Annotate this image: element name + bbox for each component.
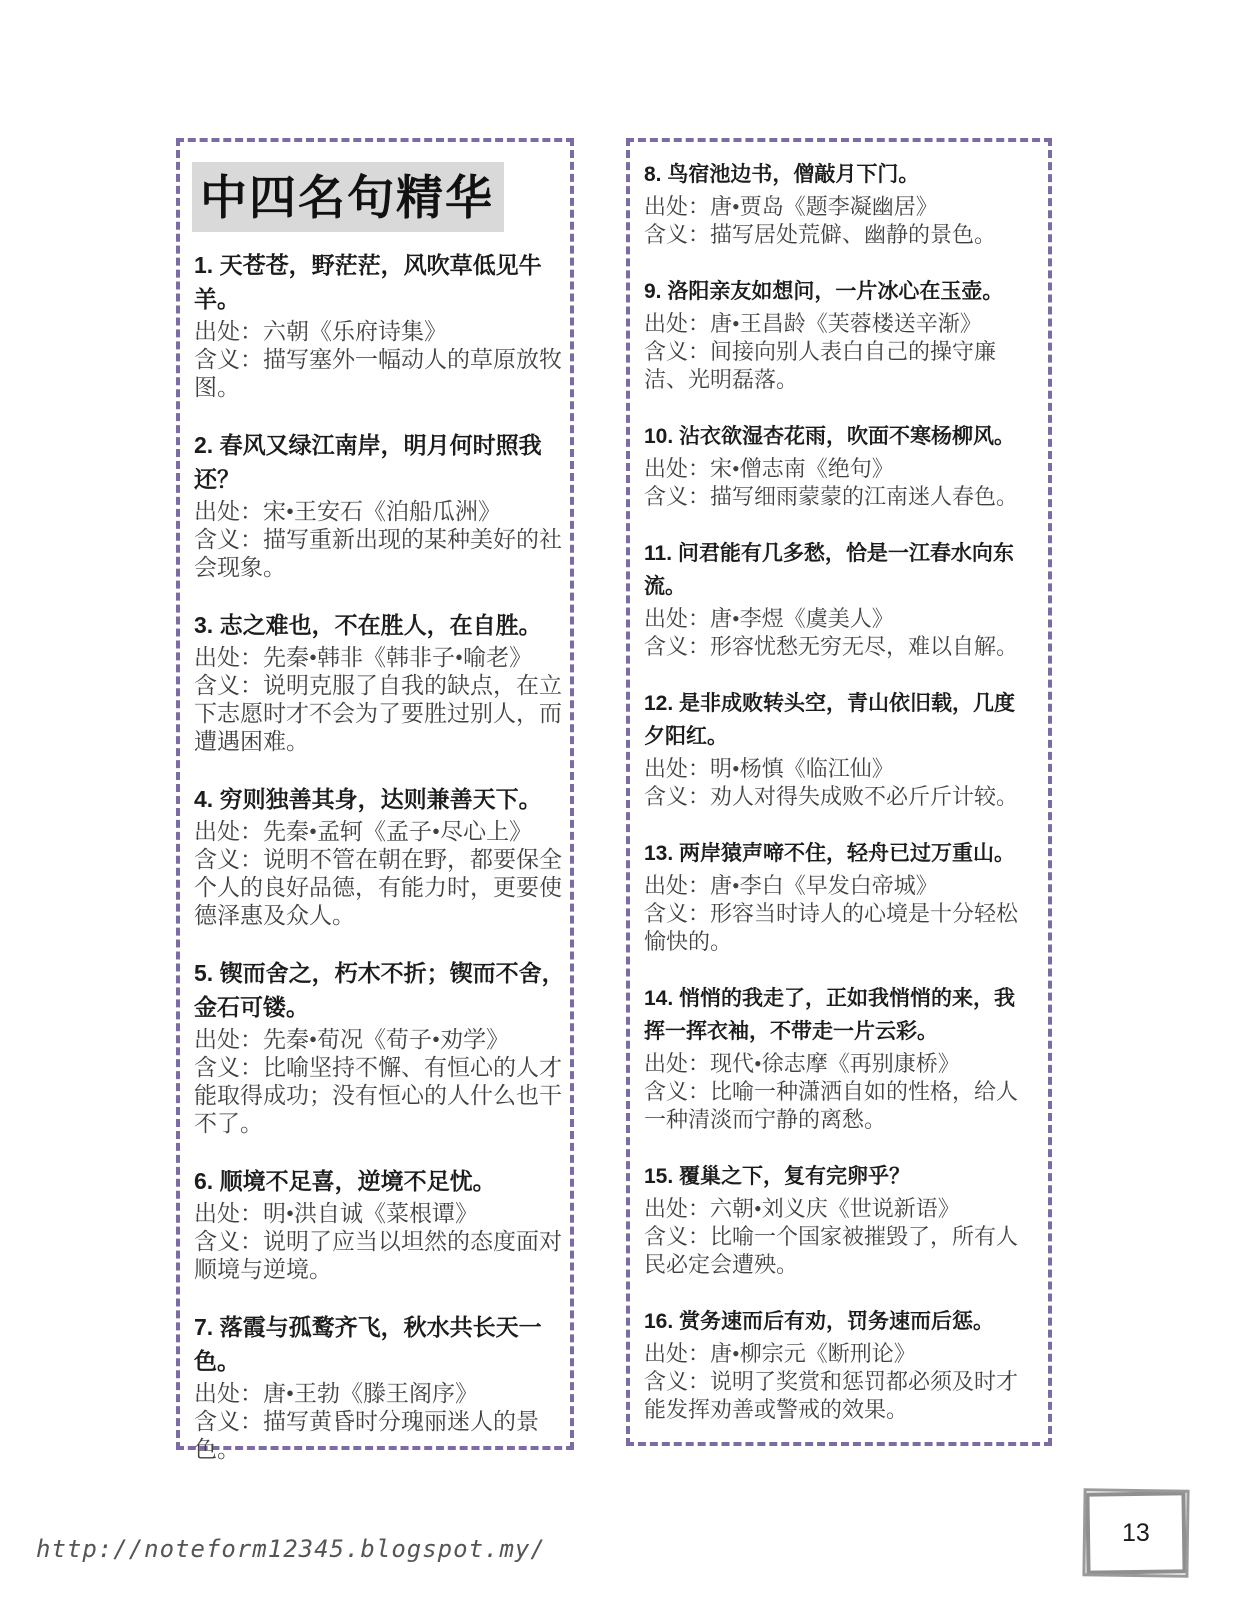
quote-heading: 2. 春风又绿江南岸，明月何时照我 还？ bbox=[194, 428, 562, 496]
left-column-panel: 中四名句精华 1. 天苍苍，野茫茫，风吹草低见牛 羊。 出处：六朝《乐府诗集》 … bbox=[176, 138, 574, 1450]
quote-item: 1. 天苍苍，野茫茫，风吹草低见牛 羊。 出处：六朝《乐府诗集》 含义：描写塞外… bbox=[194, 248, 562, 402]
quote-source: 出处：唐•贾岛《题李凝幽居》 bbox=[644, 193, 1040, 221]
quote-item: 7. 落霞与孤鹜齐飞，秋水共长天一 色。 出处：唐•王勃《滕王阁序》 含义：描写… bbox=[194, 1310, 562, 1464]
quote-source: 出处：明•洪自诚《菜根谭》 bbox=[194, 1200, 562, 1228]
quote-meaning: 含义：说明了应当以坦然的态度面对 顺境与逆境。 bbox=[194, 1228, 562, 1284]
quote-meaning: 含义：劝人对得失成败不必斤斤计较。 bbox=[644, 783, 1040, 811]
quote-source: 出处：六朝•刘义庆《世说新语》 bbox=[644, 1195, 1040, 1223]
quote-meaning: 含义：说明了奖赏和惩罚都必须及时才 能发挥劝善或警戒的效果。 bbox=[644, 1368, 1040, 1424]
quote-meaning: 含义：描写重新出现的某种美好的社 会现象。 bbox=[194, 526, 562, 582]
quote-meaning: 含义：描写居处荒僻、幽静的景色。 bbox=[644, 221, 1040, 249]
quote-source: 出处：六朝《乐府诗集》 bbox=[194, 318, 562, 346]
quote-heading: 7. 落霞与孤鹜齐飞，秋水共长天一 色。 bbox=[194, 1310, 562, 1378]
footer-url: http://noteform12345.blogspot.my/ bbox=[36, 1535, 546, 1563]
quote-item: 5. 锲而舍之，朽木不折；锲而不舍， 金石可镂。 出处：先秦•荀况《荀子•劝学》… bbox=[194, 956, 562, 1138]
quote-source: 出处：明•杨慎《临江仙》 bbox=[644, 755, 1040, 783]
quote-source: 出处：先秦•韩非《韩非子•喻老》 bbox=[194, 644, 562, 672]
quote-source: 出处：唐•柳宗元《断刑论》 bbox=[644, 1340, 1040, 1368]
quote-source: 出处：唐•王昌龄《芙蓉楼送辛渐》 bbox=[644, 310, 1040, 338]
quote-source: 出处：现代•徐志摩《再别康桥》 bbox=[644, 1050, 1040, 1078]
quote-item: 14. 悄悄的我走了，正如我悄悄的来，我 挥一挥衣袖，不带走一片云彩。 出处：现… bbox=[644, 982, 1040, 1134]
quote-item: 12. 是非成败转头空，青山依旧载，几度 夕阳红。 出处：明•杨慎《临江仙》 含… bbox=[644, 687, 1040, 811]
quote-heading: 16. 赏务速而后有劝，罚务速而后惩。 bbox=[644, 1305, 1040, 1338]
document-page: 中四名句精华 1. 天苍苍，野茫茫，风吹草低见牛 羊。 出处：六朝《乐府诗集》 … bbox=[0, 0, 1236, 1600]
quote-meaning: 含义：描写黄昏时分瑰丽迷人的景 色。 bbox=[194, 1408, 562, 1464]
quote-source: 出处：宋•王安石《泊船瓜洲》 bbox=[194, 498, 562, 526]
quote-source: 出处：先秦•孟轲《孟子•尽心上》 bbox=[194, 818, 562, 846]
quote-meaning: 含义：间接向别人表白自己的操守廉 洁、光明磊落。 bbox=[644, 338, 1040, 394]
quote-item: 9. 洛阳亲友如想问，一片冰心在玉壶。 出处：唐•王昌龄《芙蓉楼送辛渐》 含义：… bbox=[644, 275, 1040, 394]
quote-heading: 12. 是非成败转头空，青山依旧载，几度 夕阳红。 bbox=[644, 687, 1040, 753]
quote-meaning: 含义：描写细雨蒙蒙的江南迷人春色。 bbox=[644, 483, 1040, 511]
quote-heading: 1. 天苍苍，野茫茫，风吹草低见牛 羊。 bbox=[194, 248, 562, 316]
quote-heading: 8. 鸟宿池边书，僧敲月下门。 bbox=[644, 158, 1040, 191]
quote-item: 8. 鸟宿池边书，僧敲月下门。 出处：唐•贾岛《题李凝幽居》 含义：描写居处荒僻… bbox=[644, 158, 1040, 249]
quote-heading: 15. 覆巢之下，复有完卵乎？ bbox=[644, 1160, 1040, 1193]
quote-source: 出处：唐•李白《早发白帝城》 bbox=[644, 872, 1040, 900]
page-title: 中四名句精华 bbox=[192, 162, 504, 232]
page-number-badge: 13 bbox=[1085, 1491, 1186, 1574]
quote-item: 3. 志之难也，不在胜人，在自胜。 出处：先秦•韩非《韩非子•喻老》 含义：说明… bbox=[194, 608, 562, 756]
quote-source: 出处：宋•僧志南《绝句》 bbox=[644, 455, 1040, 483]
quote-meaning: 含义：比喻一种潇洒自如的性格，给人 一种清淡而宁静的离愁。 bbox=[644, 1078, 1040, 1134]
quote-heading: 9. 洛阳亲友如想问，一片冰心在玉壶。 bbox=[644, 275, 1040, 308]
quote-meaning: 含义：形容忧愁无穷无尽，难以自解。 bbox=[644, 633, 1040, 661]
quote-meaning: 含义：说明克服了自我的缺点，在立 下志愿时才不会为了要胜过别人，而 遭遇困难。 bbox=[194, 672, 562, 756]
quote-heading: 6. 顺境不足喜，逆境不足忧。 bbox=[194, 1164, 562, 1198]
right-column-panel: 8. 鸟宿池边书，僧敲月下门。 出处：唐•贾岛《题李凝幽居》 含义：描写居处荒僻… bbox=[626, 138, 1052, 1446]
quote-item: 10. 沾衣欲湿杏花雨，吹面不寒杨柳风。 出处：宋•僧志南《绝句》 含义：描写细… bbox=[644, 420, 1040, 511]
quote-heading: 3. 志之难也，不在胜人，在自胜。 bbox=[194, 608, 562, 642]
quote-item: 15. 覆巢之下，复有完卵乎？ 出处：六朝•刘义庆《世说新语》 含义：比喻一个国… bbox=[644, 1160, 1040, 1279]
quote-item: 13. 两岸猿声啼不住，轻舟已过万重山。 出处：唐•李白《早发白帝城》 含义：形… bbox=[644, 837, 1040, 956]
right-items-container: 8. 鸟宿池边书，僧敲月下门。 出处：唐•贾岛《题李凝幽居》 含义：描写居处荒僻… bbox=[640, 158, 1040, 1424]
quote-item: 2. 春风又绿江南岸，明月何时照我 还？ 出处：宋•王安石《泊船瓜洲》 含义：描… bbox=[194, 428, 562, 582]
quote-item: 6. 顺境不足喜，逆境不足忧。 出处：明•洪自诚《菜根谭》 含义：说明了应当以坦… bbox=[194, 1164, 562, 1284]
quote-item: 16. 赏务速而后有劝，罚务速而后惩。 出处：唐•柳宗元《断刑论》 含义：说明了… bbox=[644, 1305, 1040, 1424]
quote-source: 出处：唐•王勃《滕王阁序》 bbox=[194, 1380, 562, 1408]
quote-meaning: 含义：描写塞外一幅动人的草原放牧 图。 bbox=[194, 346, 562, 402]
quote-heading: 13. 两岸猿声啼不住，轻舟已过万重山。 bbox=[644, 837, 1040, 870]
quote-meaning: 含义：说明不管在朝在野，都要保全 个人的良好品德，有能力时，更要使 德泽惠及众人… bbox=[194, 846, 562, 930]
quote-item: 4. 穷则独善其身，达则兼善天下。 出处：先秦•孟轲《孟子•尽心上》 含义：说明… bbox=[194, 782, 562, 930]
quote-meaning: 含义：形容当时诗人的心境是十分轻松 愉快的。 bbox=[644, 900, 1040, 956]
quote-heading: 4. 穷则独善其身，达则兼善天下。 bbox=[194, 782, 562, 816]
quote-item: 11. 问君能有几多愁，恰是一江春水向东 流。 出处：唐•李煜《虞美人》 含义：… bbox=[644, 537, 1040, 661]
quote-source: 出处：唐•李煜《虞美人》 bbox=[644, 605, 1040, 633]
quote-heading: 10. 沾衣欲湿杏花雨，吹面不寒杨柳风。 bbox=[644, 420, 1040, 453]
page-number: 13 bbox=[1122, 1519, 1150, 1548]
quote-meaning: 含义：比喻一个国家被摧毁了，所有人 民必定会遭殃。 bbox=[644, 1223, 1040, 1279]
quote-heading: 5. 锲而舍之，朽木不折；锲而不舍， 金石可镂。 bbox=[194, 956, 562, 1024]
left-items-container: 1. 天苍苍，野茫茫，风吹草低见牛 羊。 出处：六朝《乐府诗集》 含义：描写塞外… bbox=[190, 248, 562, 1464]
quote-source: 出处：先秦•荀况《荀子•劝学》 bbox=[194, 1026, 562, 1054]
quote-heading: 14. 悄悄的我走了，正如我悄悄的来，我 挥一挥衣袖，不带走一片云彩。 bbox=[644, 982, 1040, 1048]
quote-heading: 11. 问君能有几多愁，恰是一江春水向东 流。 bbox=[644, 537, 1040, 603]
quote-meaning: 含义：比喻坚持不懈、有恒心的人才 能取得成功；没有恒心的人什么也干 不了。 bbox=[194, 1054, 562, 1138]
